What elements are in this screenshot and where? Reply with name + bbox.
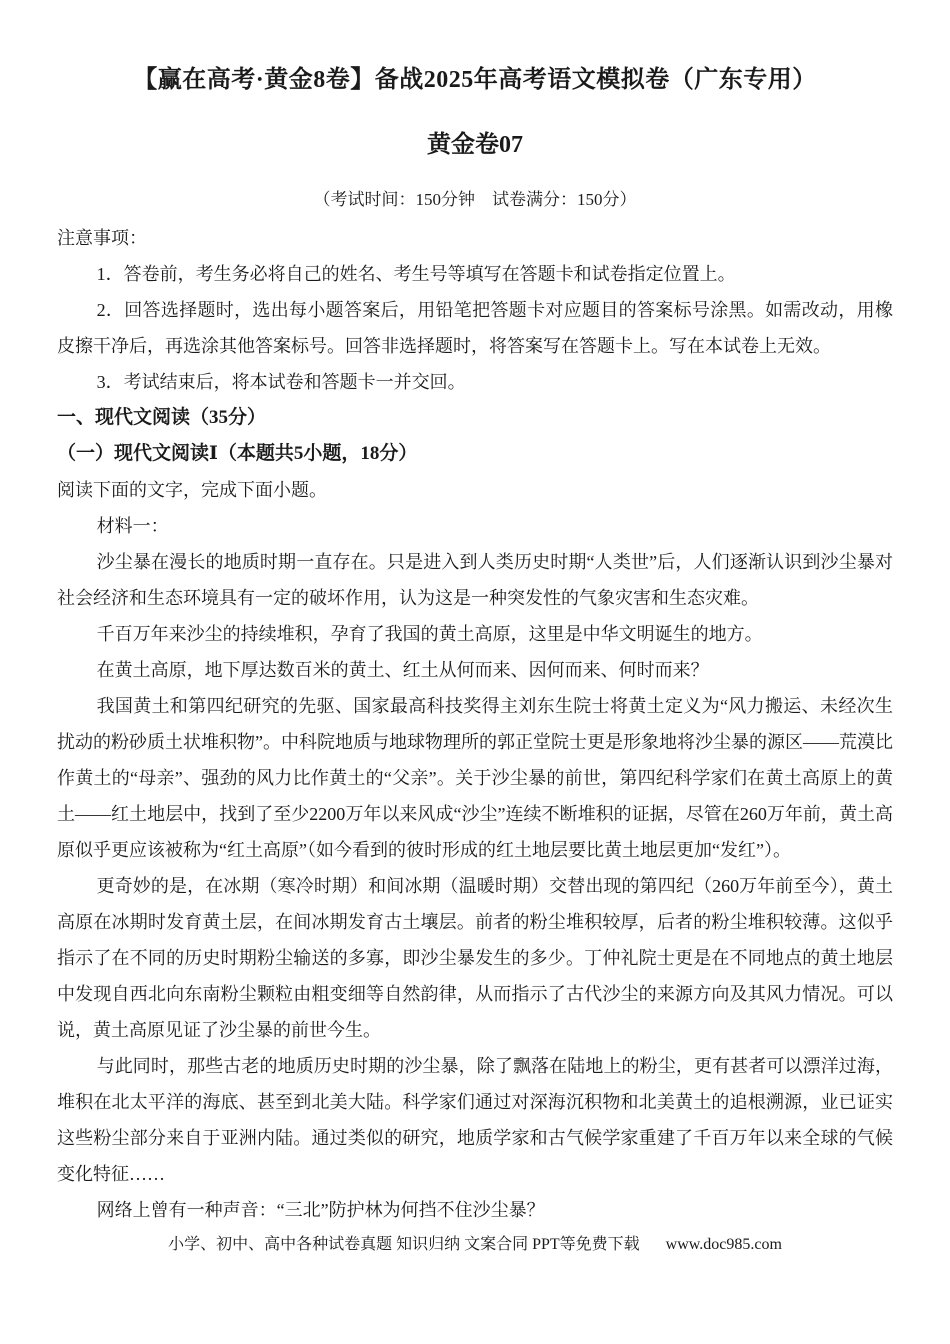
document-page: 【赢在高考·黄金8卷】备战2025年高考语文模拟卷（广东专用） 黄金卷07 （考…	[0, 0, 950, 1344]
volume-title: 黄金卷07	[57, 130, 893, 160]
reading-instruction: 阅读下面的文字，完成下面小题。	[57, 472, 893, 508]
notice-item-1: 1．答卷前，考生务必将自己的姓名、考生号等填写在答题卡和试卷指定位置上。	[57, 256, 893, 292]
notice-item-3: 3．考试结束后，将本试卷和答题卡一并交回。	[57, 364, 893, 400]
passage-paragraph-7: 网络上曾有一种声音：“三北”防护林为何挡不住沙尘暴？	[57, 1192, 893, 1228]
document-body: 注意事项： 1．答卷前，考生务必将自己的姓名、考生号等填写在答题卡和试卷指定位置…	[57, 220, 893, 1228]
passage-paragraph-1: 沙尘暴在漫长的地质时期一直存在。只是进入到人类历史时期“人类世”后，人们逐渐认识…	[57, 544, 893, 616]
footer-promo-text: 小学、初中、高中各种试卷真题 知识归纳 文案合同 PPT等免费下载	[168, 1236, 640, 1253]
passage-paragraph-4: 我国黄土和第四纪研究的先驱、国家最高科技奖得主刘东生院士将黄土定义为“风力搬运、…	[57, 688, 893, 868]
passage-paragraph-2: 千百万年来沙尘的持续堆积，孕育了我国的黄土高原，这里是中华文明诞生的地方。	[57, 616, 893, 652]
passage-paragraph-3: 在黄土高原，地下厚达数百米的黄土、红土从何而来、因何而来、何时而来？	[57, 652, 893, 688]
passage-paragraph-5: 更奇妙的是，在冰期（寒冷时期）和间冰期（温暖时期）交替出现的第四纪（260万年前…	[57, 868, 893, 1048]
page-footer: 小学、初中、高中各种试卷真题 知识归纳 文案合同 PPT等免费下载www.doc…	[57, 1231, 893, 1259]
section-heading: 一、现代文阅读（35分）	[57, 400, 893, 436]
notice-item-2: 2．回答选择题时，选出每小题答案后，用铅笔把答题卡对应题目的答案标号涂黑。如需改…	[57, 292, 893, 364]
subsection-heading: （一）现代文阅读Ⅰ（本题共5小题，18分）	[57, 436, 893, 472]
material-label: 材料一：	[57, 508, 893, 544]
passage-paragraph-6: 与此同时，那些古老的地质历史时期的沙尘暴，除了飘落在陆地上的粉尘，更有甚者可以漂…	[57, 1048, 893, 1192]
footer-site-link[interactable]: www.doc985.com	[666, 1236, 782, 1253]
page-title: 【赢在高考·黄金8卷】备战2025年高考语文模拟卷（广东专用）	[57, 0, 893, 96]
notice-heading: 注意事项：	[57, 220, 893, 256]
exam-info: （考试时间：150分钟 试卷满分：150分）	[57, 187, 893, 213]
